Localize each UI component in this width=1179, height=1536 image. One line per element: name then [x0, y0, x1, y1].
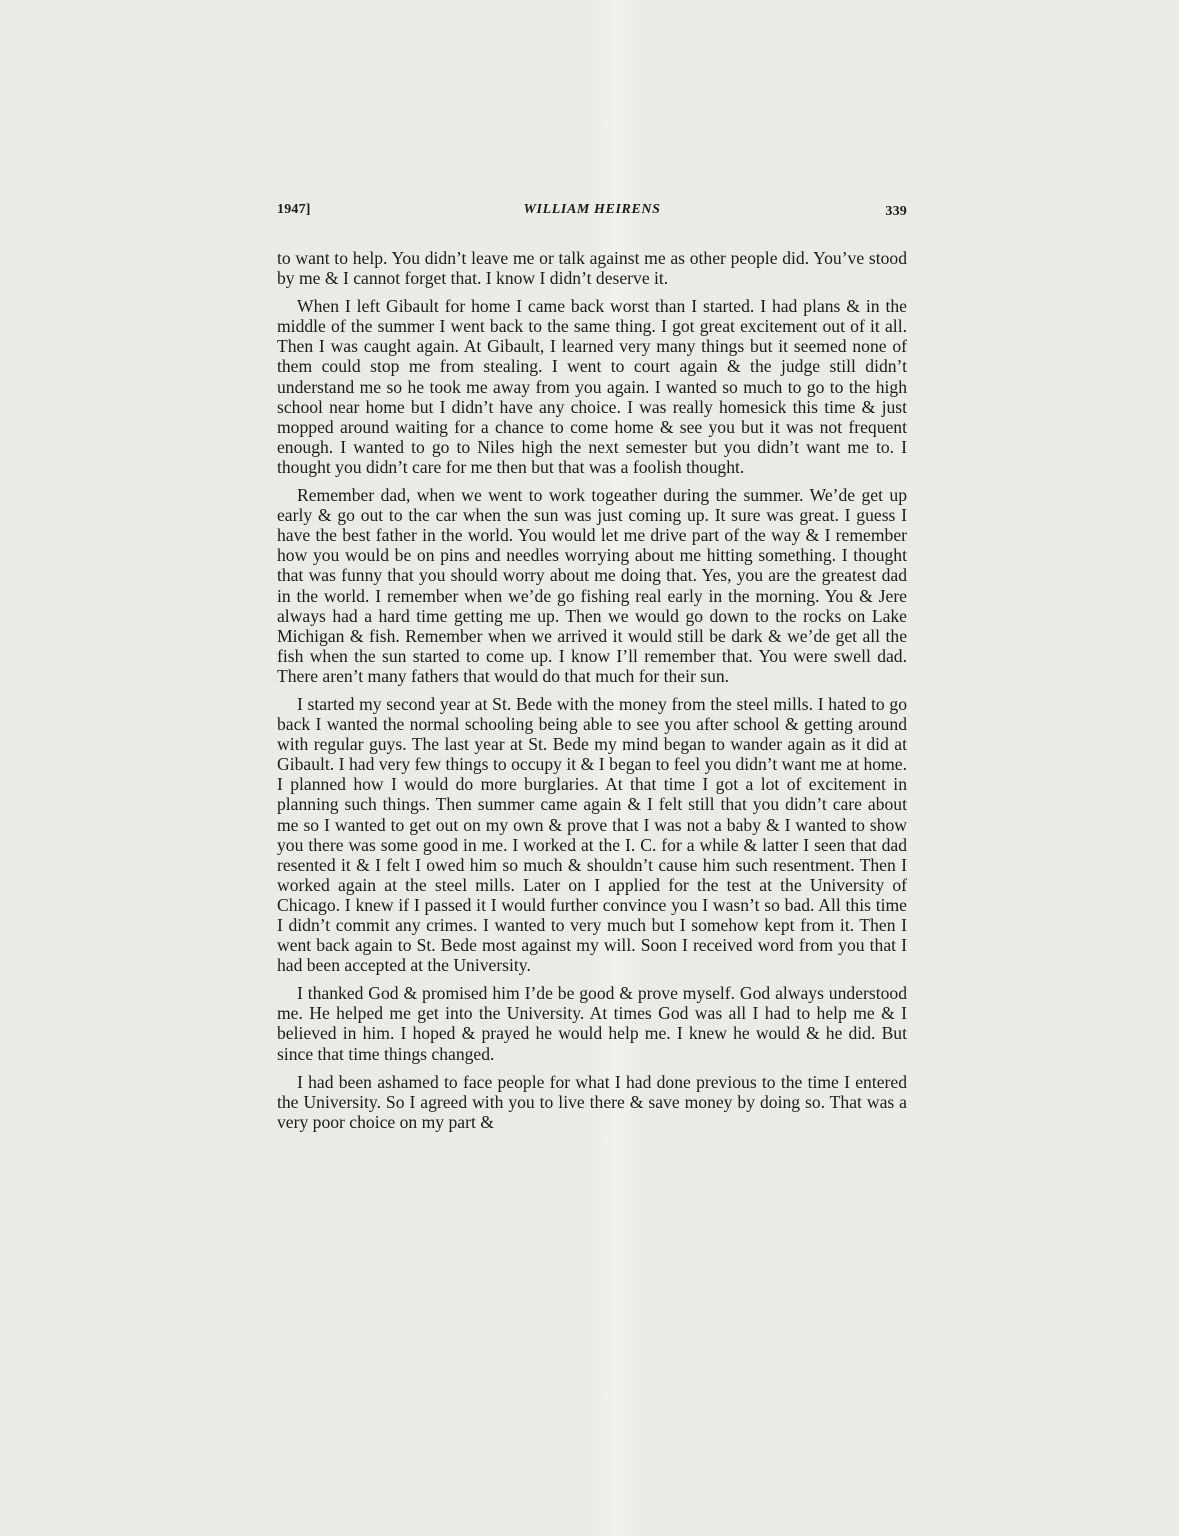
running-header: 1947] WILLIAM HEIRENS 339	[277, 200, 907, 222]
paragraph: to want to help. You didn’t leave me or …	[277, 248, 907, 288]
paragraph: I thanked God & promised him I’de be goo…	[277, 983, 907, 1063]
paragraph: I had been ashamed to face people for wh…	[277, 1072, 907, 1132]
body-text: to want to help. You didn’t leave me or …	[277, 248, 907, 1132]
paragraph: When I left Gibault for home I came back…	[277, 296, 907, 477]
paragraph: I started my second year at St. Bede wit…	[277, 694, 907, 975]
page-number: 339	[885, 204, 907, 220]
paragraph: Remember dad, when we went to work togea…	[277, 485, 907, 686]
document-page: 1947] WILLIAM HEIRENS 339 to want to hel…	[277, 200, 907, 1140]
header-title: WILLIAM HEIRENS	[277, 202, 907, 218]
